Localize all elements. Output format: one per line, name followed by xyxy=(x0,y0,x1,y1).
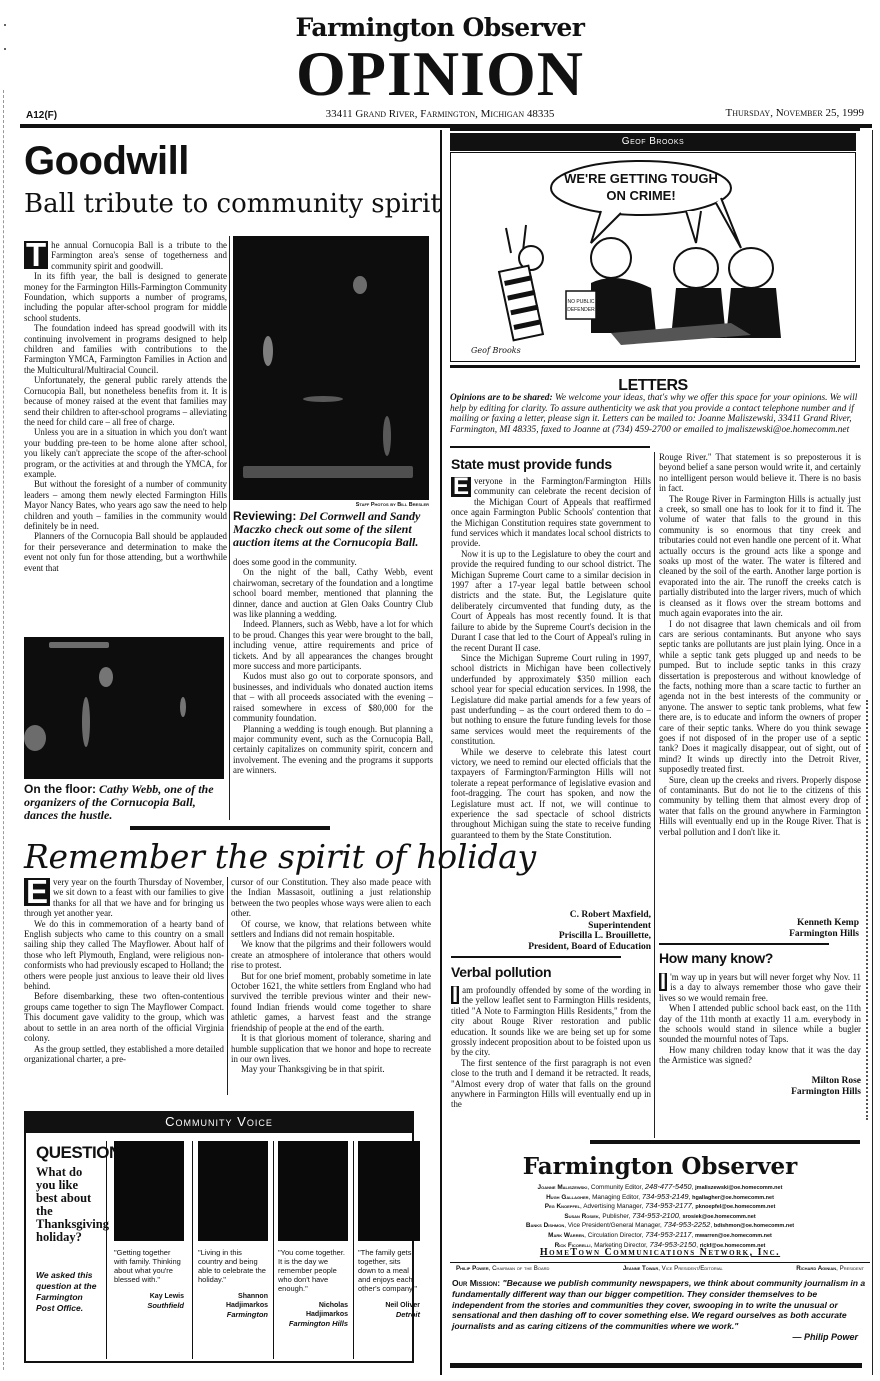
column-rule xyxy=(227,877,228,1095)
headline-ball-tribute: Ball tribute to community spirit xyxy=(24,188,441,220)
svg-text:Geof Brooks: Geof Brooks xyxy=(471,346,521,355)
letter-signature-verbal-pollution: Kenneth Kemp Farmington Hills xyxy=(659,918,859,939)
letter-signature-state-funds: C. Robert Maxfield, Superintendent Prisc… xyxy=(451,910,651,952)
mission-signature: — Philip Power xyxy=(450,1332,858,1342)
photo-caption-reviewing: Reviewing: Del Cornwell and Sandy Maczko… xyxy=(233,510,433,549)
email-link[interactable]: srosiek@oe.homecomm.net xyxy=(682,1214,755,1220)
staffbox-logo: Farmington Observer xyxy=(450,1153,870,1180)
dropcap: E xyxy=(24,878,50,906)
letter-headline-how-many-know: How many know? xyxy=(659,950,773,966)
letters-intro: Opinions are to be shared: We welcome yo… xyxy=(450,393,860,435)
rule xyxy=(590,1140,860,1144)
officer: Jeanne Towar, Vice President/Editorial xyxy=(623,1265,723,1272)
portrait-photo xyxy=(114,1141,184,1241)
cartoon-illustration-icon: WE'RE GETTING TOUGH ON CRIME! NO PUBLIC … xyxy=(451,153,855,361)
headline-remember-holiday: Remember the spirit of holiday xyxy=(24,837,536,877)
section-rule xyxy=(130,826,330,830)
staff-list: Joanne Maliszewski, Community Editor, 24… xyxy=(450,1183,870,1250)
rule xyxy=(450,365,860,368)
letter-headline-state-funds: State must provide funds xyxy=(451,456,612,472)
portrait-photo xyxy=(198,1141,268,1241)
letter-verbal-pollution-body-1: I am profoundly offended by some of the … xyxy=(451,985,651,1110)
portrait-photo xyxy=(358,1141,420,1241)
network-name: HomeTown Communications Network, Inc. xyxy=(450,1247,870,1258)
response-2: "Living in this country and being able t… xyxy=(198,1141,268,1319)
dropcap: T xyxy=(24,241,48,269)
scan-edge xyxy=(3,90,4,1370)
photo-reviewing xyxy=(233,236,429,500)
letter-how-many-know-body: I'm way up in years but will never forge… xyxy=(659,972,861,1066)
column-rule xyxy=(273,1141,274,1359)
staff-row: Susan Rosiek, Publisher, 734-953-2100, s… xyxy=(450,1212,870,1222)
response-1: "Getting together with family. Thinking … xyxy=(114,1141,184,1310)
rule xyxy=(659,943,829,945)
svg-text:ON CRIME!: ON CRIME! xyxy=(606,188,675,203)
response-3: "You come together. It is the day we rem… xyxy=(278,1141,348,1328)
community-voice-header: Community Voice xyxy=(24,1111,414,1133)
column-rule xyxy=(106,1141,107,1359)
cartoonist-bar: Geof Brooks xyxy=(450,133,856,151)
dropcap: I xyxy=(659,973,667,991)
response-4: "The family gets together, sits down to … xyxy=(358,1141,420,1319)
dropcap: E xyxy=(451,477,471,497)
email-link[interactable]: hgallagher@oe.homecomm.net xyxy=(692,1195,774,1201)
question-label: QUESTION: xyxy=(36,1143,102,1163)
officer: Philip Power, Chairman of the Board xyxy=(456,1265,549,1272)
column-rule xyxy=(229,236,230,820)
svg-text:DEFENDER: DEFENDER xyxy=(567,307,595,313)
officers-row: Philip Power, Chairman of the Board Jean… xyxy=(450,1262,870,1272)
question-text: What do you like best about the Thanksgi… xyxy=(36,1166,102,1244)
letter-headline-verbal-pollution: Verbal pollution xyxy=(451,964,551,980)
svg-text:NO PUBLIC: NO PUBLIC xyxy=(568,299,595,305)
editorial-cartoon: WE'RE GETTING TOUGH ON CRIME! NO PUBLIC … xyxy=(450,152,856,362)
community-voice-box: QUESTION: What do you like best about th… xyxy=(24,1133,414,1363)
portrait-photo xyxy=(278,1141,348,1241)
section-title: OPINION xyxy=(0,44,880,104)
photo-on-the-floor xyxy=(24,637,224,779)
email-link[interactable]: jmaliszewski@oe.homecomm.net xyxy=(695,1185,782,1191)
rule xyxy=(450,446,650,448)
dropcap: I xyxy=(451,986,459,1004)
holiday-column-1: Every year on the fourth Thursday of Nov… xyxy=(24,877,224,1064)
page-edge-rule xyxy=(872,130,873,1375)
column-rule xyxy=(192,1141,193,1359)
question-block: QUESTION: What do you like best about th… xyxy=(36,1143,102,1314)
photo-caption-floor: On the floor: Cathy Webb, one of the org… xyxy=(24,783,229,822)
mission-statement: Our Mission: "Because we publish communi… xyxy=(452,1278,866,1332)
goodwill-column-1: The annual Cornucopia Ball is a tribute … xyxy=(24,240,227,573)
letter-verbal-pollution-body-2: Rouge River." That statement is so prepo… xyxy=(659,452,861,837)
photo-credit: Staff Photos by Bill Bresler xyxy=(233,502,429,508)
scan-speck xyxy=(4,24,6,26)
question-note: We asked this question at the Farmington… xyxy=(36,1270,102,1314)
email-link[interactable]: bdishmon@oe.homecomm.net xyxy=(714,1223,794,1229)
section-divider xyxy=(440,130,442,1375)
letter-state-funds-body: Everyone in the Farmington/Farmington Hi… xyxy=(451,476,651,840)
scan-speck xyxy=(4,48,6,50)
rule xyxy=(451,956,621,958)
email-link[interactable]: mwarren@oe.homecomm.net xyxy=(695,1233,772,1239)
column-rule xyxy=(654,452,655,1138)
holiday-column-2: cursor of our Constitution. They also ma… xyxy=(231,877,431,1075)
column-edge xyxy=(866,700,870,1120)
officer: Richard Aginian, President xyxy=(796,1265,864,1272)
email-link[interactable]: pknoepfel@oe.homecomm.net xyxy=(695,1204,775,1210)
goodwill-column-2: does some good in the community. On the … xyxy=(233,557,433,776)
rule xyxy=(450,128,860,131)
letter-signature-how-many-know: Milton Rose Farmington Hills xyxy=(659,1076,861,1097)
svg-text:WE'RE GETTING TOUGH: WE'RE GETTING TOUGH xyxy=(564,171,718,186)
kicker-goodwill: Goodwill xyxy=(24,140,189,182)
issue-date: Thursday, November 25, 1999 xyxy=(726,107,864,119)
column-rule xyxy=(353,1141,354,1359)
bottom-rule xyxy=(450,1363,862,1368)
